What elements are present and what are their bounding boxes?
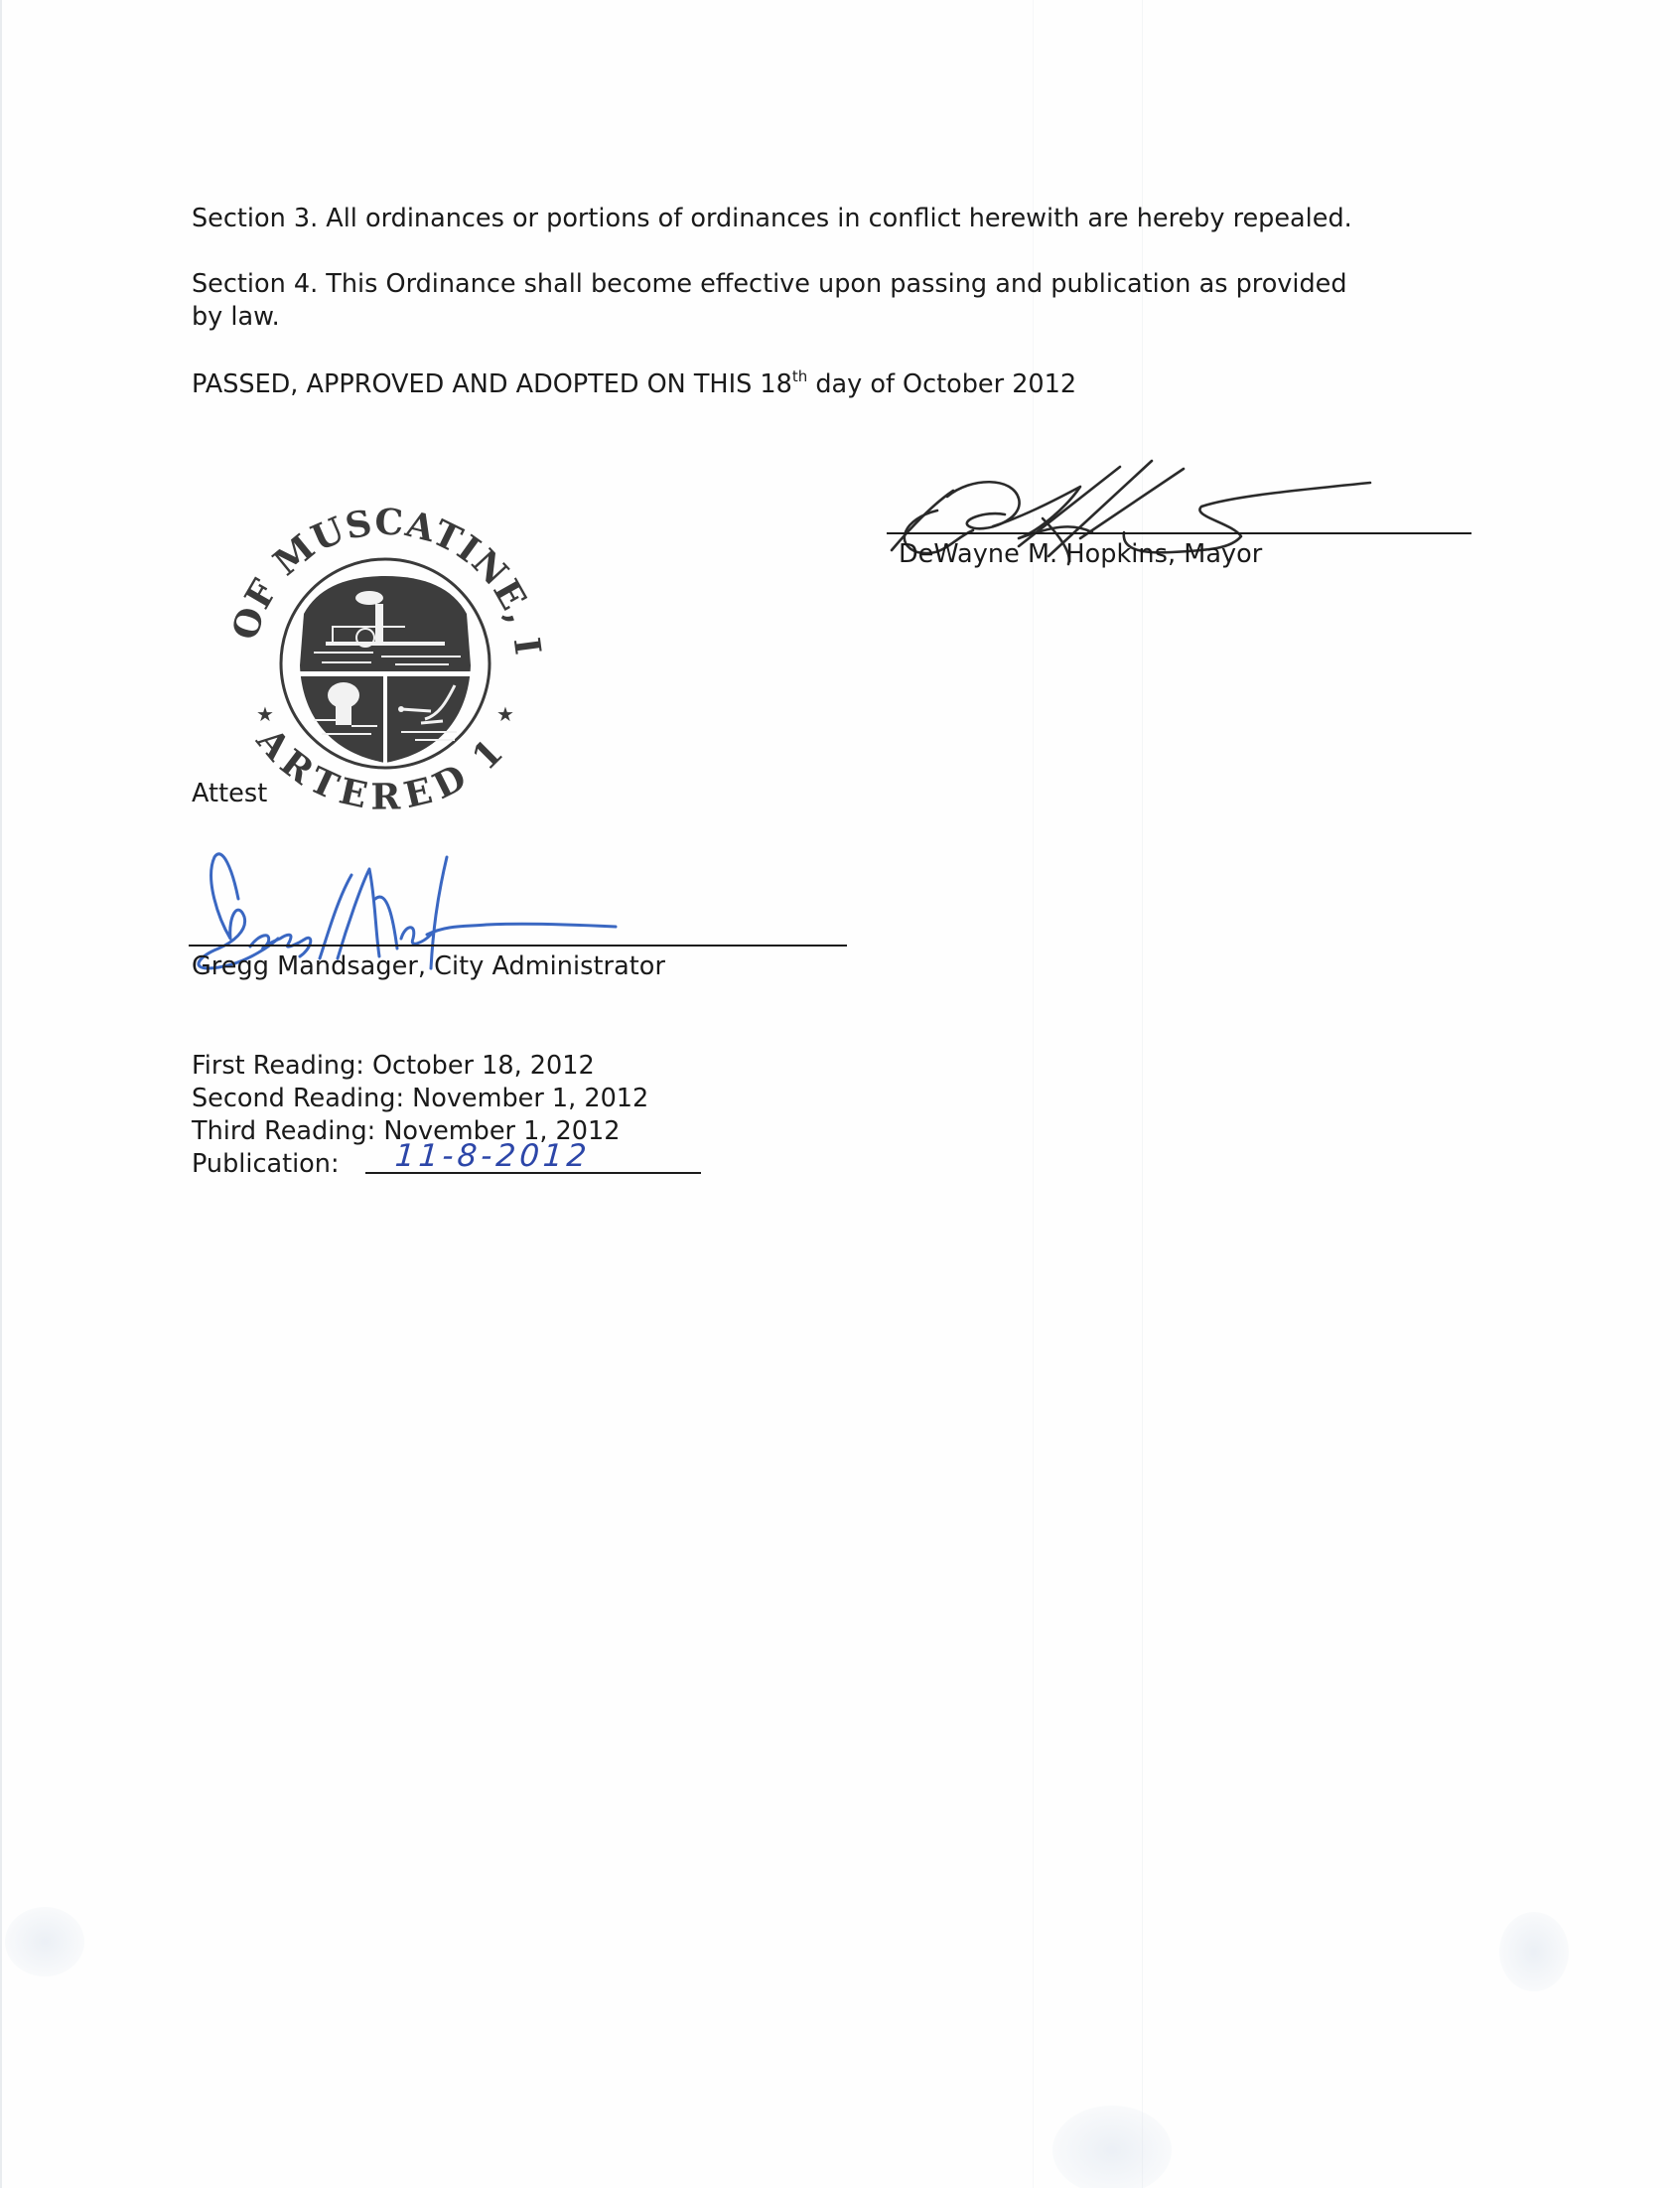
passed-approved-statement: PASSED, APPROVED AND ADOPTED ON THIS 18t…: [192, 368, 1482, 401]
section-4-line-2: by law.: [192, 301, 1482, 334]
seal-star-left: ★: [256, 702, 274, 726]
scan-artifact: [1499, 1912, 1569, 1991]
scan-edge: [0, 0, 2, 2188]
document-page: Section 3. All ordinances or portions of…: [0, 0, 1680, 2188]
publication-line: [365, 1172, 701, 1174]
scan-artifact: [5, 1907, 84, 1976]
mayor-signature-line: [887, 532, 1471, 534]
administrator-signature-line: [189, 945, 847, 947]
section-4-paragraph: Section 4. This Ordinance shall become e…: [192, 268, 1482, 334]
first-reading: First Reading: October 18, 2012: [192, 1050, 648, 1083]
seal-star-right: ★: [496, 702, 514, 726]
passed-prefix: PASSED, APPROVED AND ADOPTED ON THIS 18: [192, 369, 792, 399]
passed-ordinal: th: [792, 367, 807, 385]
section-4-line-1: Section 4. This Ordinance shall become e…: [192, 268, 1482, 301]
mayor-name-title: DeWayne M. Hopkins, Mayor: [899, 538, 1262, 571]
city-seal: CITY OF MUSCATINE, IOWA CHARTERED 1851 ★…: [226, 497, 544, 824]
passed-suffix: day of October 2012: [807, 369, 1076, 399]
second-reading: Second Reading: November 1, 2012: [192, 1083, 648, 1115]
section-3-paragraph: Section 3. All ordinances or portions of…: [192, 203, 1482, 235]
attest-label: Attest: [192, 778, 267, 810]
publication-date-handwritten: 11-8-2012: [394, 1138, 592, 1174]
administrator-name-title: Gregg Mandsager, City Administrator: [192, 950, 665, 983]
scan-artifact: [1052, 2106, 1172, 2188]
